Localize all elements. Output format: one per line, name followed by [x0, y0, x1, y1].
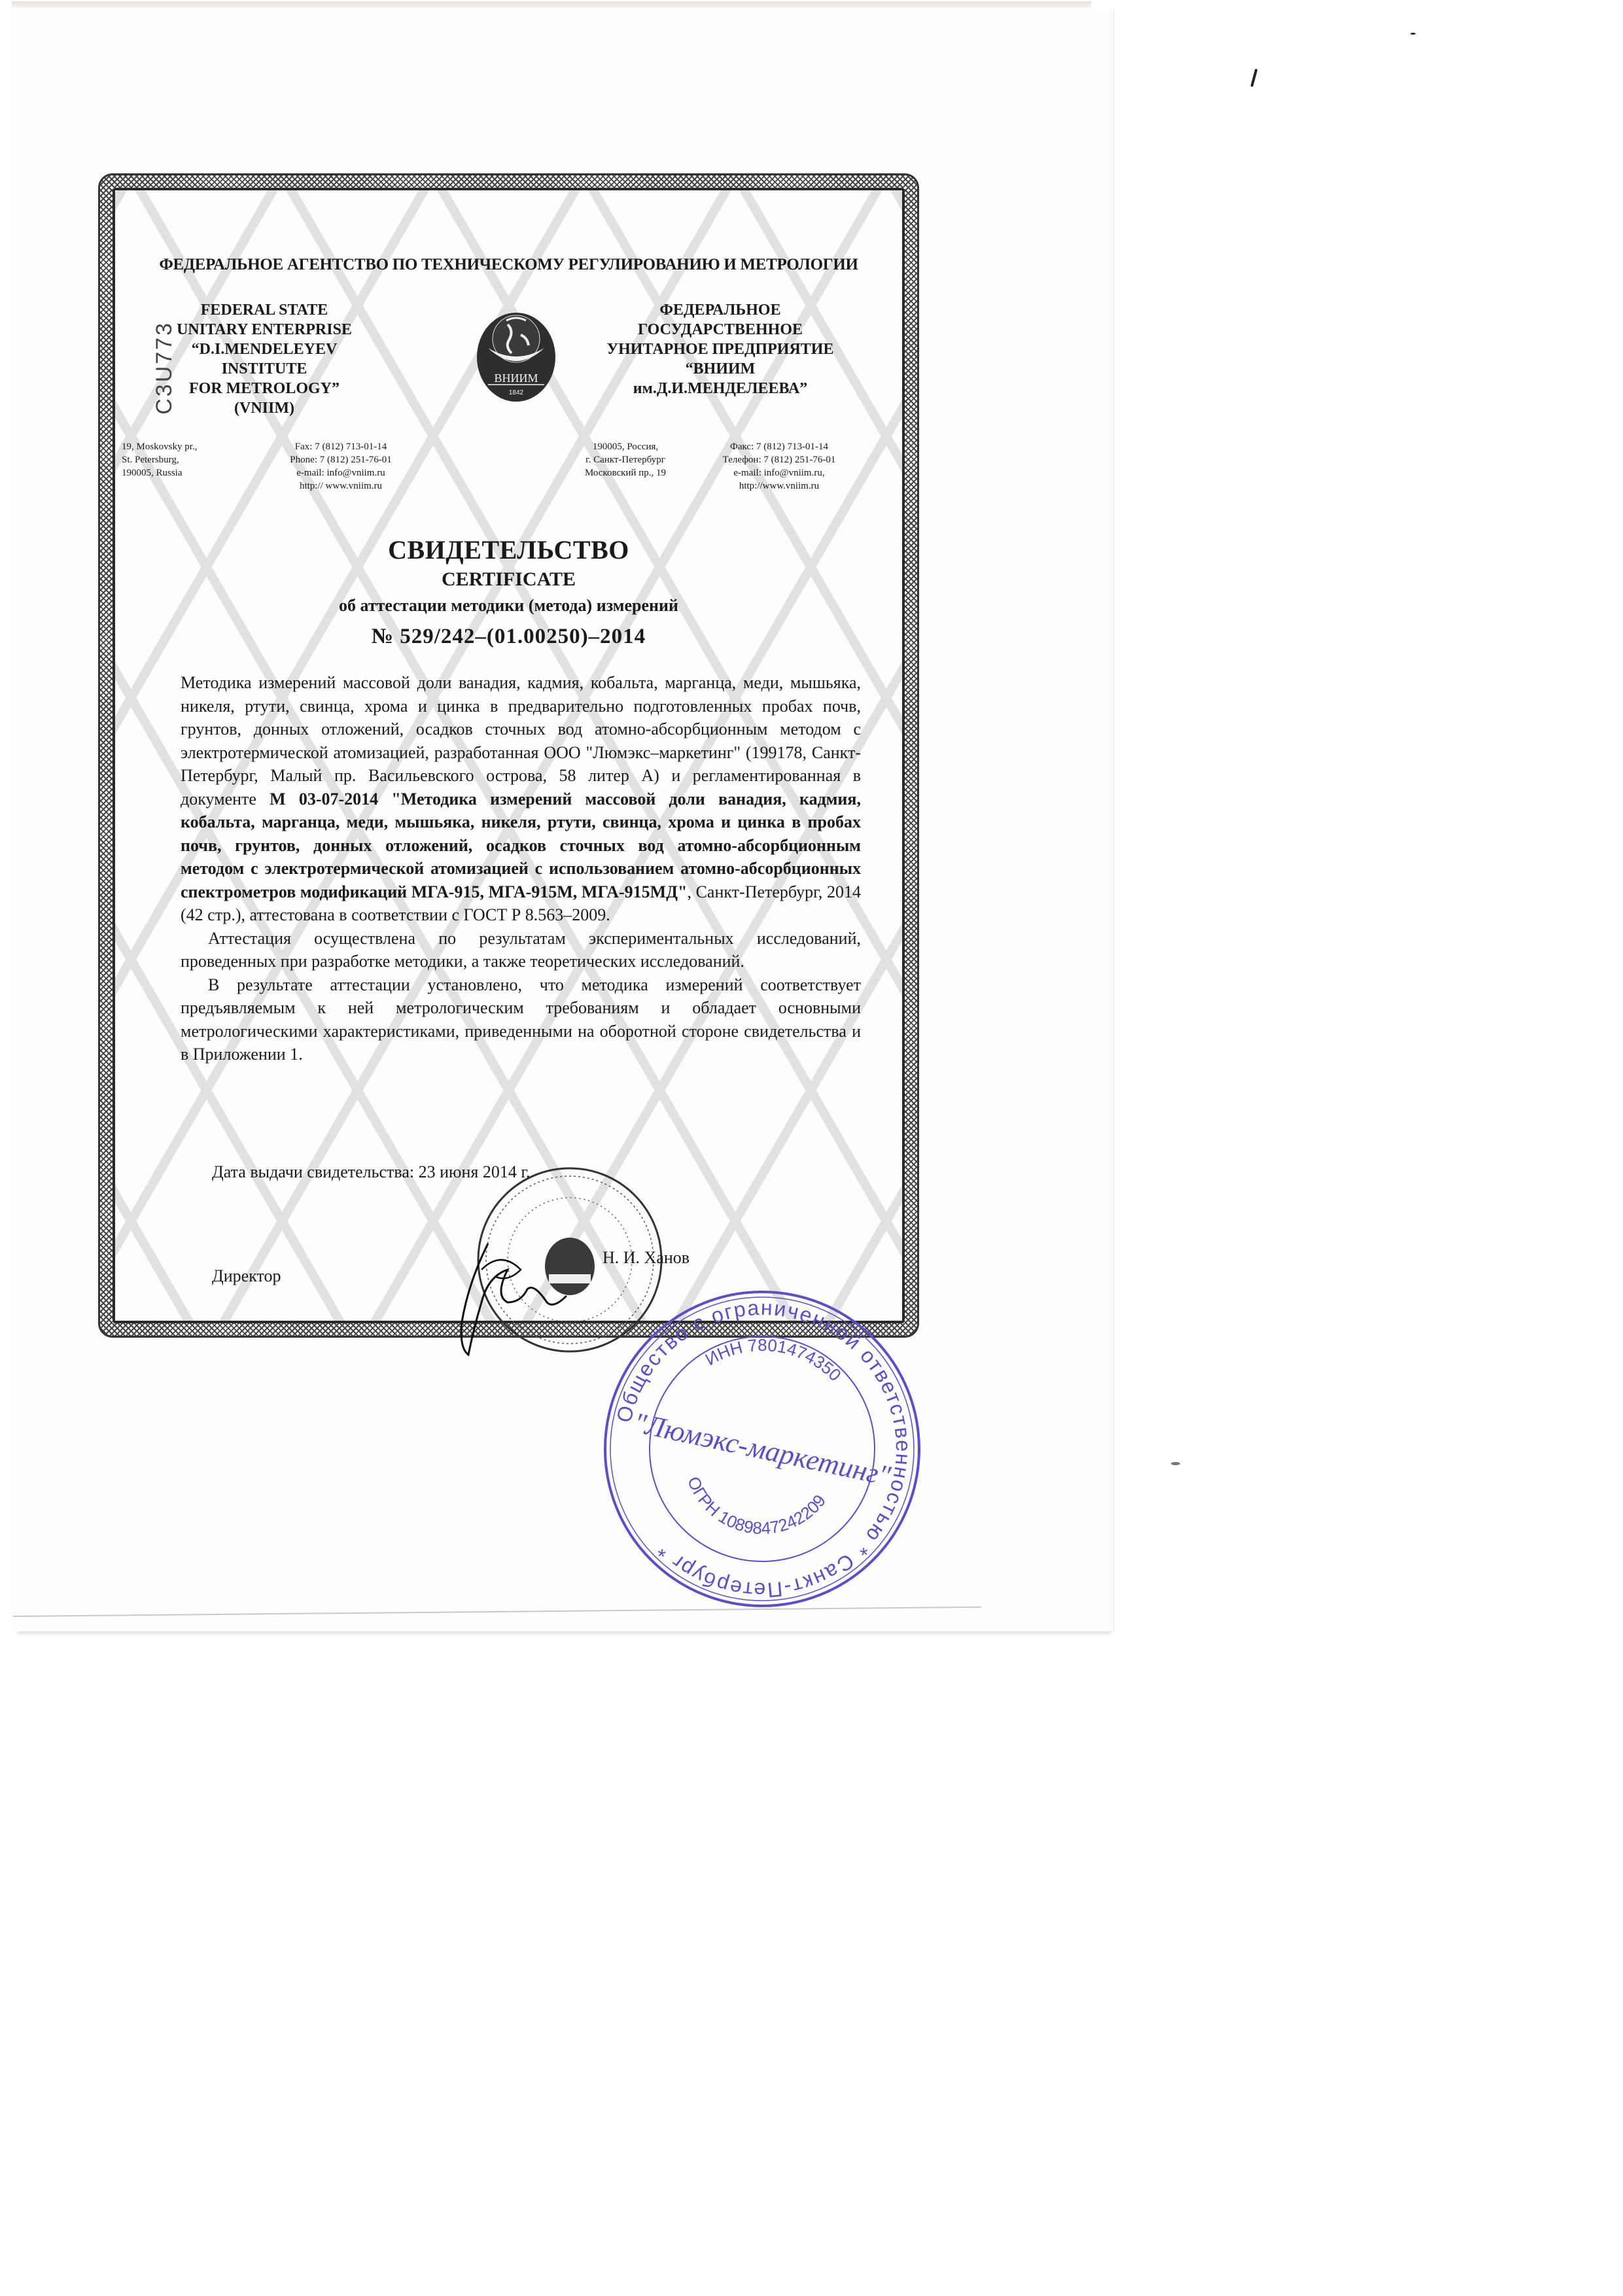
certificate-title-en: CERTIFICATE [115, 568, 902, 591]
director-signature-icon [442, 1230, 573, 1361]
org-ru-line: ФЕДЕРАЛЬНОЕ [602, 300, 838, 320]
svg-text:"Люмэкс-маркетинг": "Люмэкс-маркетинг" [631, 1406, 894, 1492]
address-line: 19, Moskovsky pr., [122, 440, 226, 453]
paragraph-result: В результате аттестации установлено, что… [181, 973, 861, 1066]
director-name: Н. И. Ханов [602, 1248, 689, 1268]
scan-speck [1171, 1462, 1180, 1465]
fax: Fax: 7 (812) 713-01-14 [282, 440, 400, 453]
contacts-ru: Факс: 7 (812) 713-01-14 Телефон: 7 (812)… [710, 440, 848, 493]
phone: Телефон: 7 (812) 251-76-01 [710, 453, 848, 466]
org-ru-line: ГОСУДАРСТВЕННОЕ [602, 320, 838, 339]
agency-heading: ФЕДЕРАЛЬНОЕ АГЕНТСТВО ПО ТЕХНИЧЕСКОМУ РЕ… [115, 256, 902, 274]
email: e-mail: info@vniim.ru [282, 466, 400, 479]
svg-text:1842: 1842 [509, 389, 524, 396]
org-en-line: (VNIIM) [166, 398, 362, 418]
paragraph-method: Методика измерений массовой доли ванадия… [181, 671, 861, 927]
fax: Факс: 7 (812) 713-01-14 [710, 440, 848, 453]
svg-text:ОГРН 1089847242209: ОГРН 1089847242209 [684, 1474, 829, 1538]
org-en-line: UNITARY ENTERPRISE [166, 320, 362, 339]
address-line: 190005, Россия, [567, 440, 684, 453]
org-en-line: FOR METROLOGY” [166, 379, 362, 398]
certificate-body: Методика измерений массовой доли ванадия… [181, 671, 861, 1066]
issue-date: Дата выдачи свидетельства: 23 июня 2014 … [212, 1162, 531, 1182]
phone: Phone: 7 (812) 251-76-01 [282, 453, 400, 466]
address-en: 19, Moskovsky pr., St. Petersburg, 19000… [122, 440, 226, 479]
address-line: St. Petersburg, [122, 453, 226, 466]
certificate-title-ru: СВИДЕТЕЛЬСТВО [115, 534, 902, 565]
scan-speck [1410, 33, 1416, 35]
org-ru-line: УНИТАРНОЕ ПРЕДПРИЯТИЕ [602, 339, 838, 359]
org-ru-line: “ВНИИМ [602, 359, 838, 379]
certificate: ФЕДЕРАЛЬНОЕ АГЕНТСТВО ПО ТЕХНИЧЕСКОМУ РЕ… [98, 173, 919, 1338]
svg-text:ВНИИМ: ВНИИМ [494, 372, 538, 385]
email: e-mail: info@vniim.ru, [710, 466, 848, 479]
svg-text:ИНН 7801474350: ИНН 7801474350 [702, 1335, 845, 1385]
company-round-stamp-icon: Общество с ограниченной ответственностью… [592, 1279, 932, 1619]
org-name-en: FEDERAL STATE UNITARY ENTERPRISE “D.I.ME… [166, 300, 362, 418]
method-description: Методика измерений массовой доли ванадия… [181, 673, 861, 809]
org-name-ru: ФЕДЕРАЛЬНОЕ ГОСУДАРСТВЕННОЕ УНИТАРНОЕ ПР… [602, 300, 838, 398]
org-en-line: FEDERAL STATE [166, 300, 362, 320]
scan-sheet-edge [12, 1, 1091, 8]
org-ru-line: им.Д.И.МЕНДЕЛЕЕВА” [602, 379, 838, 398]
contacts-en: Fax: 7 (812) 713-01-14 Phone: 7 (812) 25… [282, 440, 400, 493]
address-line: Московский пр., 19 [567, 466, 684, 479]
org-en-line: “D.I.MENDELEYEV INSTITUTE [166, 339, 362, 379]
certificate-number: № 529/242–(01.00250)–2014 [115, 625, 902, 649]
paragraph-attestation: Аттестация осуществлена по результатам э… [181, 927, 861, 973]
address-line: 190005, Russia [122, 466, 226, 479]
certificate-subject: об аттестации методики (метода) измерени… [115, 596, 902, 616]
vniim-globe-logo-icon: ВНИИМ 1842 [474, 305, 559, 403]
website: http://www.vniim.ru [710, 479, 848, 493]
scan-speck [1250, 69, 1257, 87]
address-line: г. Санкт-Петербург [567, 453, 684, 466]
address-ru: 190005, Россия, г. Санкт-Петербург Моско… [567, 440, 684, 479]
website: http:// www.vniim.ru [282, 479, 400, 493]
director-label: Директор [212, 1266, 281, 1286]
